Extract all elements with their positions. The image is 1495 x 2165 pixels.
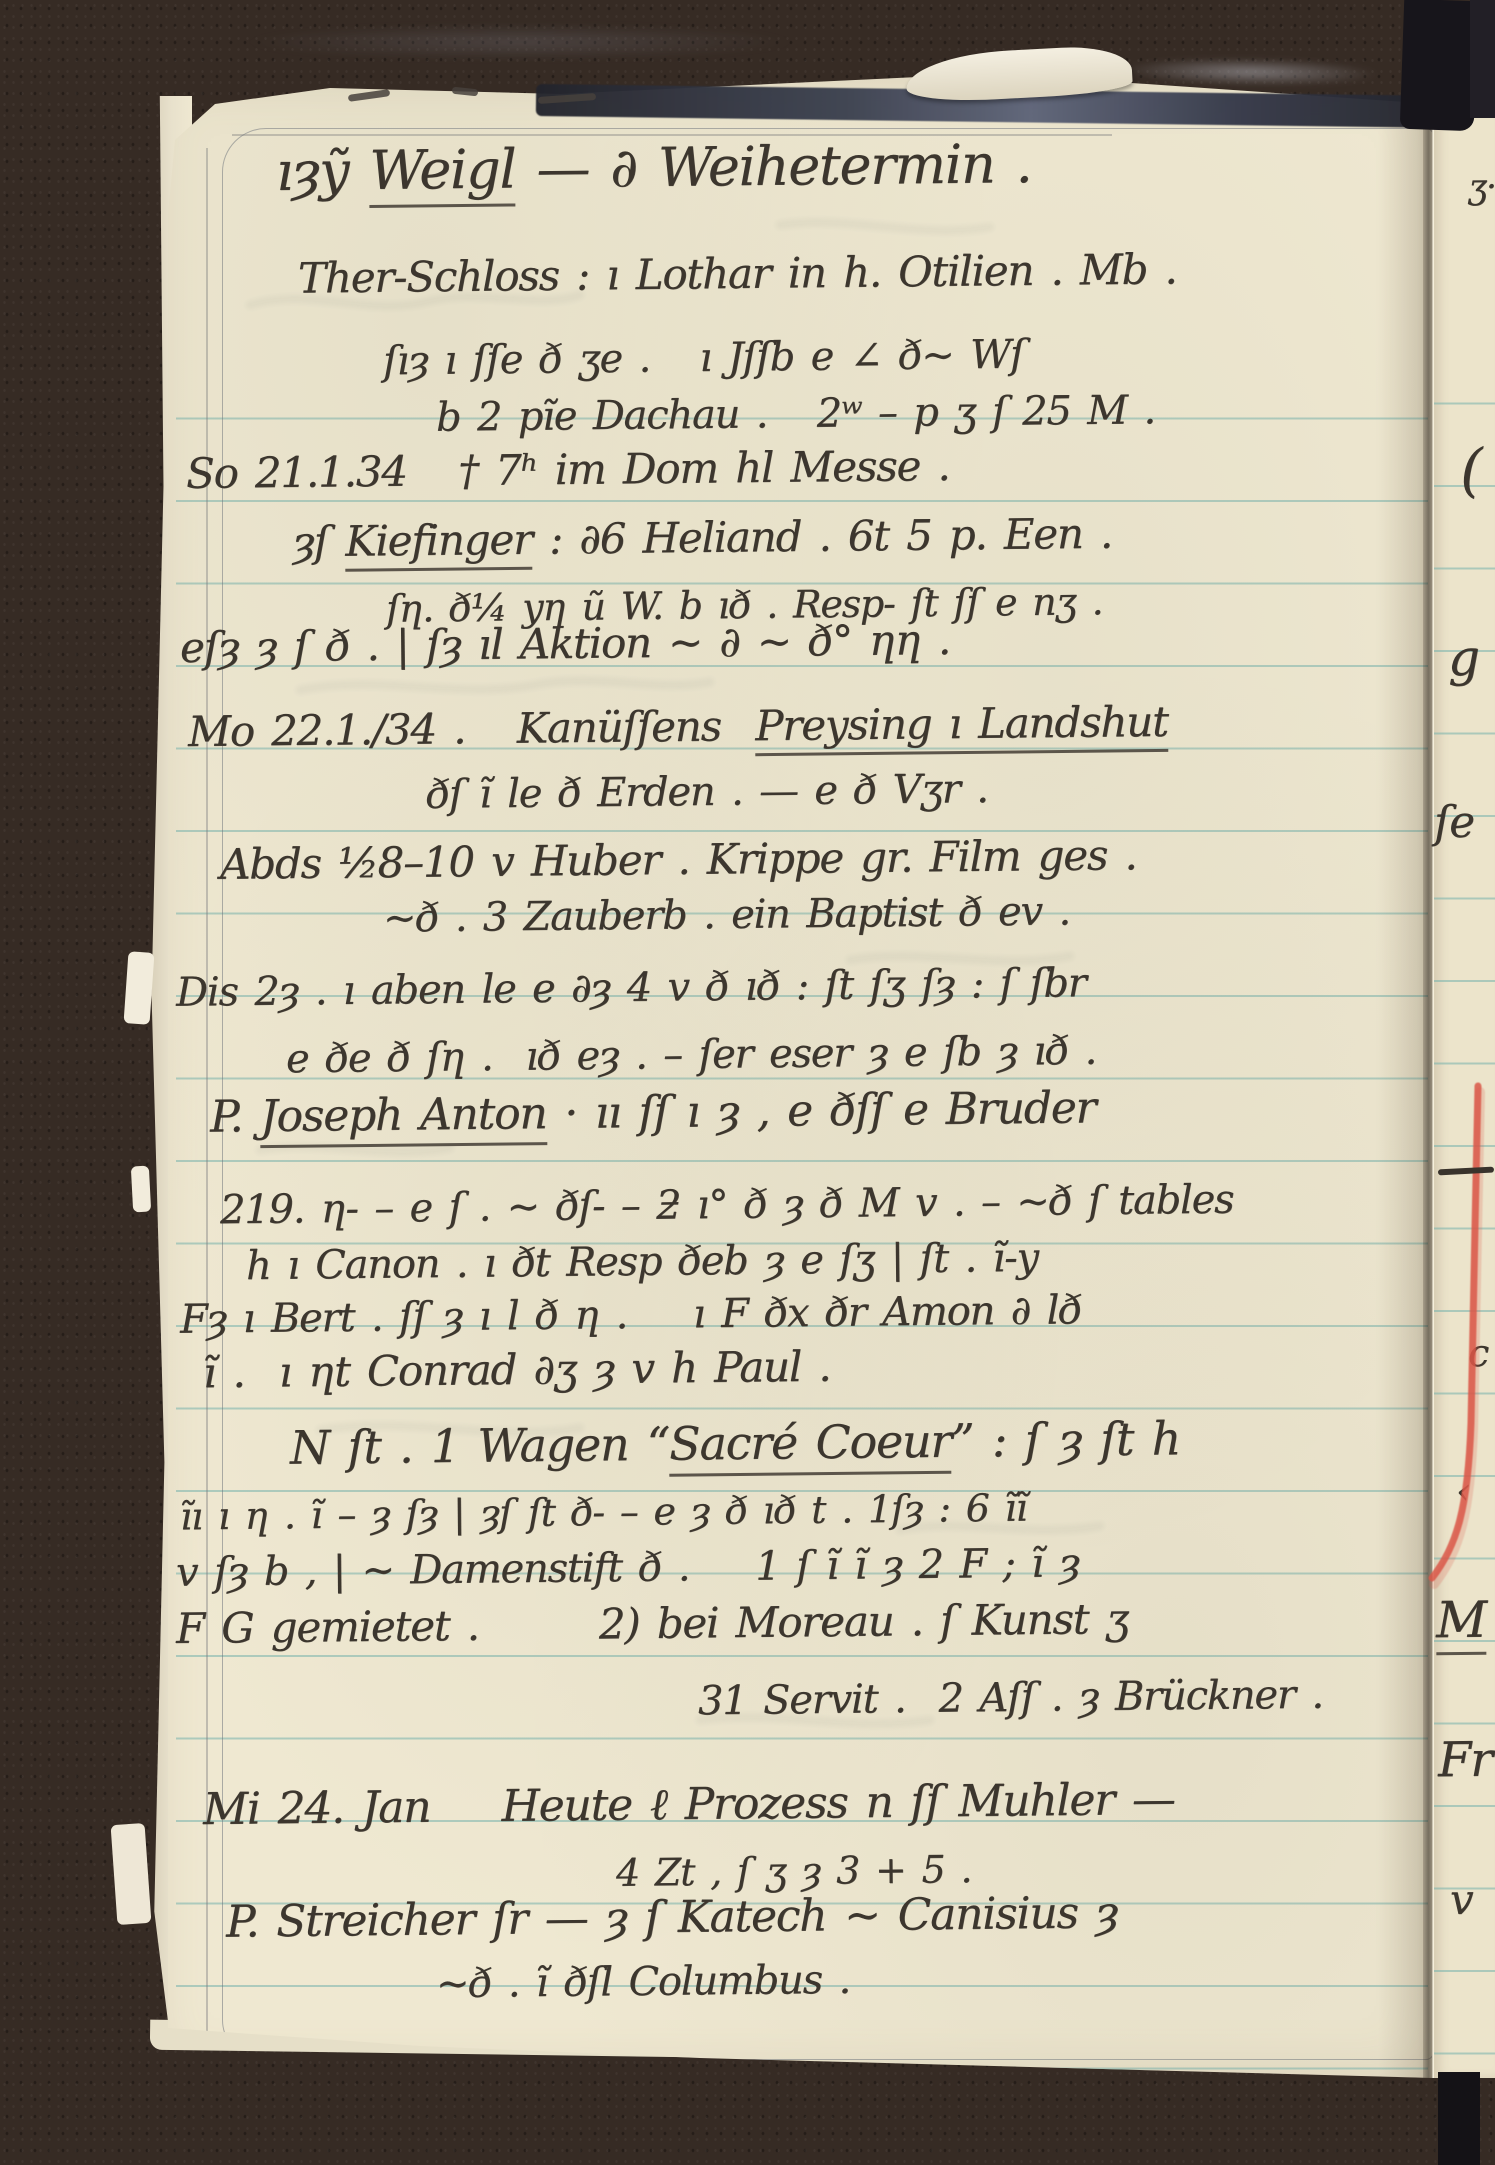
cover-spine-top (1400, 0, 1478, 131)
cover-spine-top-right (1470, 0, 1495, 118)
under-sheet-top-line (232, 134, 1112, 136)
under-sheet-frame-line (206, 148, 208, 2038)
diary-page-left (148, 76, 1434, 2078)
diary-scan: ıȝỹ Weigl — ∂ Weihetermin .Ther-Schloss … (0, 0, 1495, 2165)
printed-page-frame (222, 128, 1434, 2060)
paper-chip (131, 1166, 151, 1213)
red-pencil-bracket (1424, 1078, 1495, 1623)
gloss-reflection (240, 24, 800, 60)
cover-spine-bottom (1438, 2072, 1480, 2165)
paper-chip (111, 1823, 152, 1925)
gloss-reflection (1120, 56, 1380, 89)
paper-chip (124, 951, 155, 1025)
